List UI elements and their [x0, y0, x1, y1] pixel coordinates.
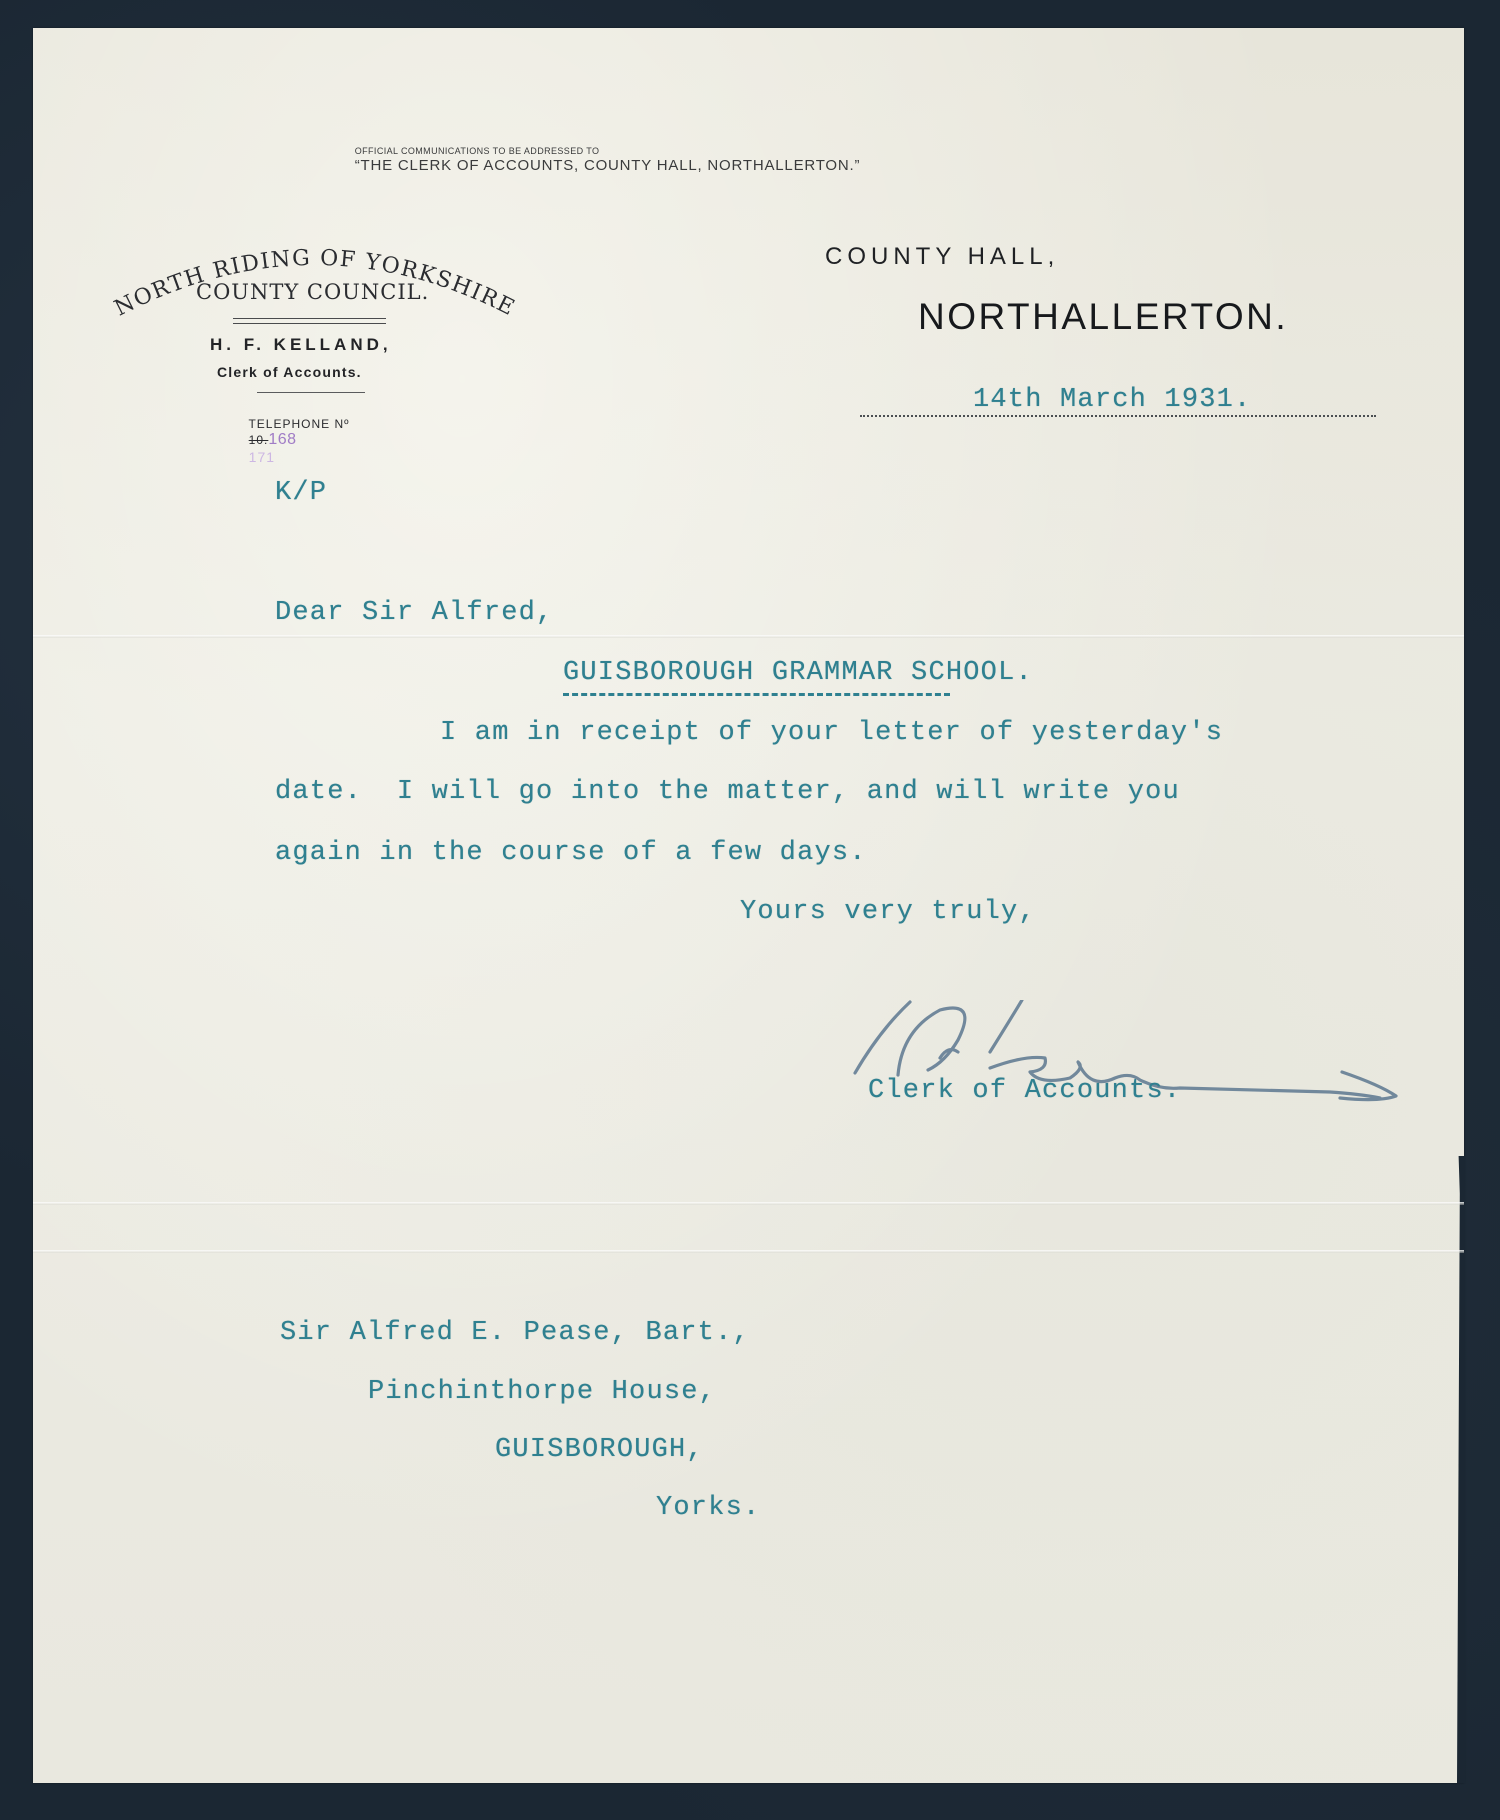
- location-line-1: COUNTY HALL,: [825, 243, 1059, 271]
- closing: Yours very truly,: [740, 897, 1036, 927]
- telephone-label: TELEPHONE Nº: [248, 417, 349, 431]
- official-prefix: Official Communications to be addressed …: [355, 146, 600, 156]
- date-dotted-line: [860, 415, 1376, 417]
- telephone-line: TELEPHONE Nº 10.168 171: [240, 403, 350, 465]
- signature-title: Clerk of Accounts.: [868, 1076, 1181, 1106]
- official-communications-line: Official Communications to be addressed …: [348, 133, 860, 174]
- recipient-town: GUISBOROUGH,: [495, 1435, 704, 1465]
- officer-name: H. F. KELLAND,: [210, 335, 392, 355]
- salutation: Dear Sir Alfred,: [275, 598, 553, 628]
- location-line-2: NORTHALLERTON.: [918, 296, 1288, 338]
- telephone-stamp-extra: 171: [249, 449, 275, 465]
- official-address: “The Clerk of Accounts, County Hall, Nor…: [355, 157, 861, 174]
- handwritten-signature: [840, 1000, 1440, 1140]
- fold-line: [33, 1202, 1464, 1205]
- fold-line: [33, 1250, 1464, 1253]
- letter-date: 14th March 1931.: [973, 385, 1251, 415]
- telephone-struck-number: 10.: [249, 433, 269, 447]
- recipient-name: Sir Alfred E. Pease, Bart.,: [280, 1318, 750, 1348]
- subject-heading: GUISBOROUGH GRAMMAR SCHOOL.: [563, 658, 1033, 688]
- double-rule: [233, 318, 386, 324]
- body-line: again in the course of a few days.: [275, 838, 867, 868]
- body-line: I am in receipt of your letter of yester…: [440, 718, 1223, 748]
- council-name: COUNTY COUNCIL.: [196, 280, 429, 304]
- recipient-county: Yorks.: [656, 1493, 760, 1523]
- officer-title: Clerk of Accounts.: [217, 364, 362, 380]
- body-line: date. I will go into the matter, and wil…: [275, 777, 1180, 807]
- reference-initials: K/P: [275, 478, 327, 508]
- fold-line: [33, 635, 1464, 638]
- recipient-house: Pinchinthorpe House,: [368, 1377, 716, 1407]
- subject-underline: [563, 693, 950, 696]
- single-rule: [257, 392, 365, 393]
- telephone-stamp: 168: [268, 431, 296, 448]
